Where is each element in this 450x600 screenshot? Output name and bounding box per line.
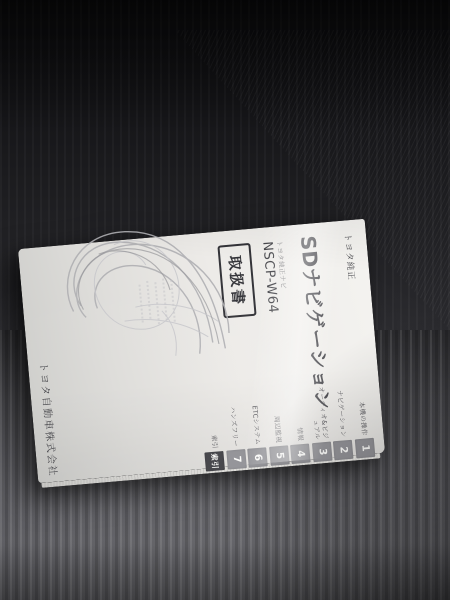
chapter-tab-number: 3	[312, 442, 333, 463]
publisher-name: トヨタ自動車株式会社	[37, 362, 62, 478]
chapter-tab-row: ハンズフリー 7	[223, 406, 247, 470]
chapter-tab-label: 情報	[295, 427, 304, 441]
photo-car-seat-with-manual: トヨタ純正 SDナビゲーション トヨタ純正ナビ NSCP-W64 取扱書	[0, 0, 450, 600]
chapter-tab-label: オーディオ&ビジュアル	[309, 383, 329, 440]
chapter-tab-row: 情報 4	[289, 427, 311, 464]
manual-shadow-wrapper: トヨタ純正 SDナビゲーション トヨタ純正ナビ NSCP-W64 取扱書	[0, 0, 450, 600]
chapter-tab-number: 2	[333, 440, 354, 461]
chapter-tab-row: 周辺監視 5	[266, 415, 289, 466]
chapter-tab-number-index: 索引	[205, 451, 226, 472]
chapter-tab-row: 索引 索引	[203, 434, 225, 471]
chapter-tab-label: ハンズフリー	[228, 406, 239, 447]
chapter-tab-list: 本機の操作 1 ナビゲーション 2 オーディオ&ビジュアル 3 情報 4 周辺監…	[200, 379, 376, 471]
chapter-tab-row: ETCシステム 6	[244, 405, 268, 468]
cover-swirl-art	[39, 213, 235, 369]
chapter-tab-number: 5	[269, 445, 290, 466]
chapter-tab-number: 1	[355, 438, 376, 459]
chapter-tab-number: 7	[226, 449, 247, 470]
chapter-tab-label: 周辺監視	[272, 416, 282, 444]
manual-cover: トヨタ純正 SDナビゲーション トヨタ純正ナビ NSCP-W64 取扱書	[18, 219, 385, 483]
chapter-tab-row: ナビゲーション 2	[329, 390, 354, 461]
chapter-tab-row: 本機の操作 1	[352, 401, 376, 458]
chapter-tab-label: ETCシステム	[250, 405, 261, 445]
chapter-tab-label: 本機の操作	[357, 401, 367, 436]
chapter-tab-number: 4	[291, 443, 312, 464]
brand-label: トヨタ純正	[342, 233, 358, 281]
chapter-tab-number: 6	[248, 447, 269, 468]
chapter-tab-label: 索引	[209, 435, 218, 449]
chapter-tab-label: ナビゲーション	[335, 390, 347, 438]
